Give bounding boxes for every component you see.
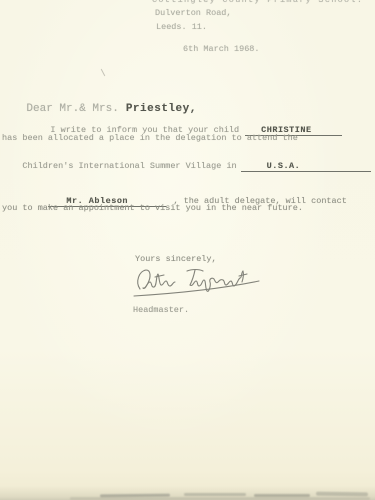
address-line-city: Leeds. 11.: [156, 22, 207, 32]
country-blank: U.S.A.: [241, 161, 371, 172]
paper-edge-smudge: [316, 492, 368, 497]
paragraph1-line3: Children's International Summer Village …: [2, 151, 375, 182]
salutation-prefix: Dear Mr.& Mrs.: [26, 103, 118, 115]
paragraph1-line3-text: Children's International Summer Village …: [22, 161, 236, 171]
paragraph1-line2: has been allocated a place in the delega…: [2, 133, 298, 143]
letter-date: 6th March 1968.: [183, 44, 260, 54]
signature-ink-strokes: [131, 262, 271, 300]
salutation-surname: Priestley,: [126, 103, 197, 115]
signer-title: Headmaster.: [133, 305, 189, 315]
address-line-road: Dulverton Road,: [155, 8, 232, 18]
handwritten-signature: Arthur Tempest: [131, 262, 271, 300]
school-name-line: Cottingley County Primary School.: [152, 0, 363, 5]
pencil-mark: [101, 69, 106, 77]
scanned-letter: Cottingley County Primary School. Dulver…: [0, 0, 375, 500]
paragraph2-line2: you to make an appointment to visit you …: [2, 203, 303, 213]
country-value: U.S.A.: [267, 161, 301, 171]
paper-edge-smudge: [184, 493, 246, 496]
